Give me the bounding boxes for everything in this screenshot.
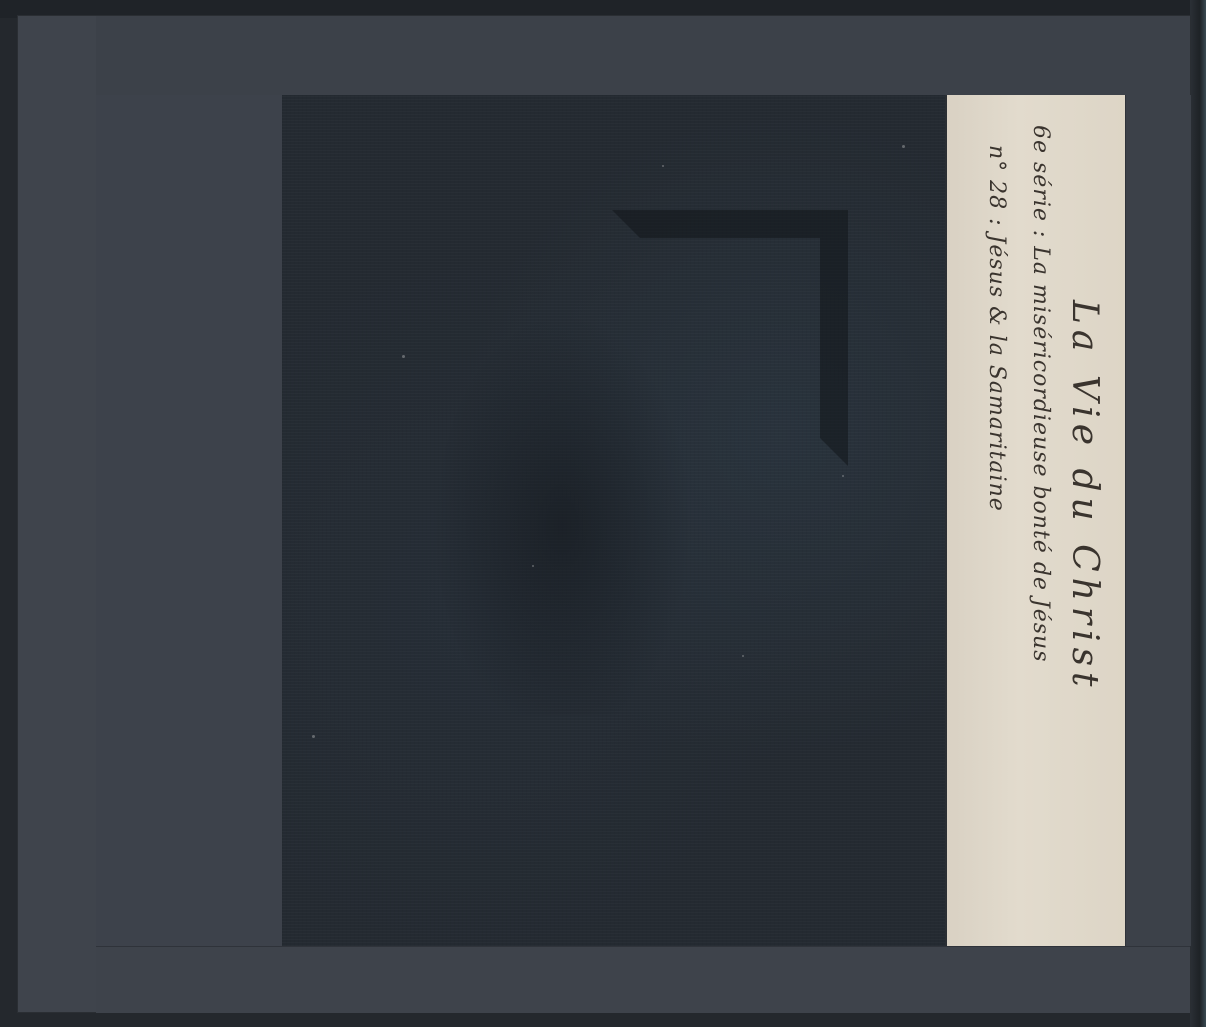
dust-speck — [842, 475, 844, 477]
dust-speck — [662, 165, 664, 167]
binding-tape-left — [18, 16, 97, 1012]
slide-image-window — [282, 95, 945, 946]
label-series: 6e série : La miséricordieuse bonté de J… — [1028, 125, 1053, 663]
faint-doorway-shape — [612, 210, 848, 466]
dust-speck — [312, 735, 315, 738]
binding-tape-bottom — [96, 946, 1190, 1013]
lantern-slide: La Vie du Christ 6e série : La miséricor… — [18, 16, 1190, 1012]
label-title: La Vie du Christ — [1064, 300, 1105, 693]
dust-speck — [532, 565, 534, 567]
dust-speck — [402, 355, 405, 358]
label-number: n° 28 : Jésus & la Samaritaine — [984, 145, 1009, 512]
label-text-rotated: La Vie du Christ 6e série : La miséricor… — [947, 95, 1127, 946]
mask-panel-left — [96, 95, 283, 946]
dust-speck — [742, 655, 744, 657]
binding-tape-top — [96, 16, 1190, 96]
handwritten-label: La Vie du Christ 6e série : La miséricor… — [945, 95, 1127, 946]
binding-tape-right — [1125, 95, 1191, 946]
background-edge-right — [1190, 0, 1206, 1027]
dust-speck — [902, 145, 905, 148]
